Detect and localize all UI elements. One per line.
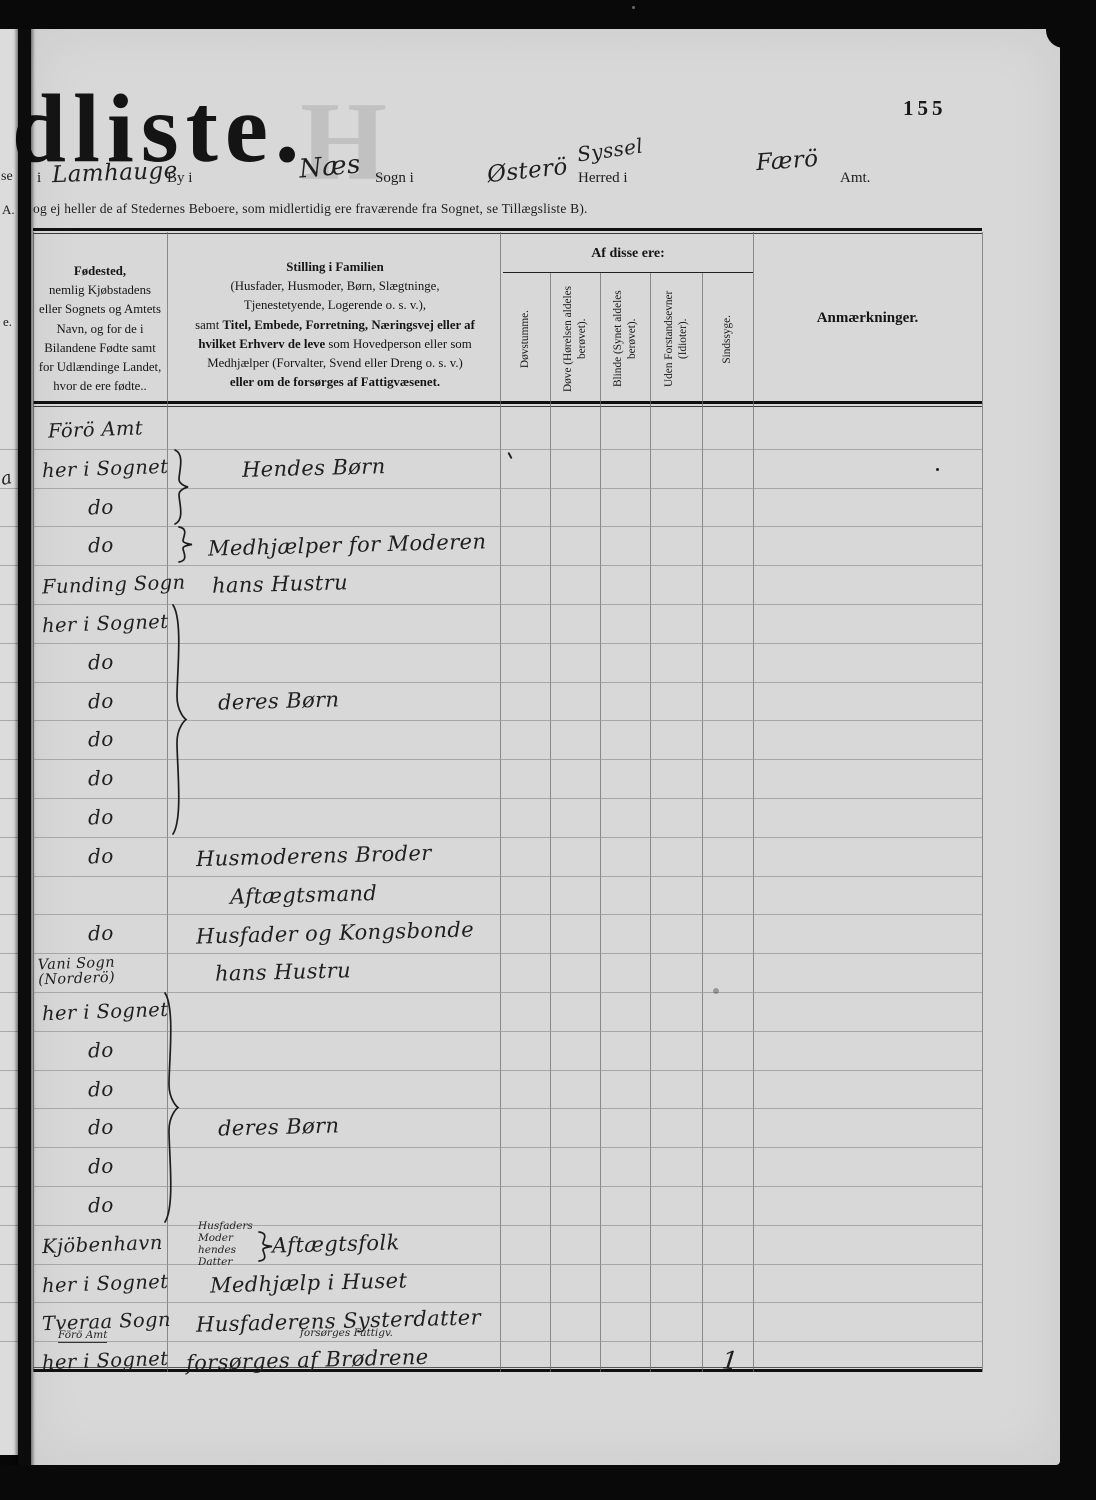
column-rule [500,232,501,1372]
note-fragment: A. [2,202,15,218]
huse-i-label: i [37,170,41,187]
fodested-entry: do [87,915,114,952]
stilling-entry: Husmoderens Broder [196,835,433,877]
stilling-sub-entry: Husfaders Moderhendes Datter [198,1220,262,1268]
column-rule [550,273,551,1372]
by-value: Lamhauge [52,158,179,188]
row-rule-edge [0,1225,18,1226]
binding-gutter-shadow [18,0,31,1470]
ink-speck [713,988,719,994]
column-rule [982,232,983,1372]
fodested-entry: do [87,760,114,797]
row-rule-edge [0,1108,18,1109]
vertical-column-header: Døvstumme. [500,276,550,402]
row-rule-edge [0,953,18,954]
column-rule [33,232,34,1372]
stilling-entry: forsørges af Brødrene [186,1339,429,1381]
vertical-column-header: Uden Forstandsevner (Idioter). [650,276,702,402]
row-rule-edge [0,720,18,721]
fodested-entry: do [87,527,114,564]
row-rule-edge [0,1341,18,1342]
fodested-entry: do [87,1071,114,1108]
stilling-entry: hans Hustru [212,564,349,604]
vertical-column-header: Blinde (Synet aldeles berøvet). [600,276,650,402]
scanned-census-page: dliste. H 155 se i Lamhauge By i Næs Sog… [0,0,1096,1500]
stilling-entry: Aftægtsfolk [272,1224,401,1263]
vertical-column-header: Sindssyge. [702,276,753,402]
stilling-entry: Husfader og Kongsbonde [196,911,475,954]
adjacent-page-edge [0,28,18,1455]
row-rule [33,876,982,877]
table-header-stilling: Stilling i Familien(Husfader, Husmoder, … [172,258,498,392]
fodested-entry: her i Sognet [41,1263,169,1303]
sogn-value: Næs [298,149,362,184]
note-line: og ej heller de af Stedernes Beboere, so… [33,201,588,217]
row-rule-edge [0,1302,18,1303]
table-header-fodested: Fødested,nemlig Kjøbstadenseller Sognets… [35,262,165,396]
huse-text-fragment: se [1,169,13,185]
fodested-entry: do [87,644,114,681]
row-rule [33,1225,982,1226]
stilling-entry: hans Hustru [215,952,352,992]
row-rule-edge [0,1147,18,1148]
fodested-entry: do [87,799,114,836]
stilling-entry: Hendes Børn [242,448,387,488]
row-rule-edge [0,526,18,527]
column-rule [753,232,754,1372]
row-rule [33,837,982,838]
fodested-entry: Förö Amt [47,409,143,448]
table-border-rule [33,233,982,234]
group-header: Af disse ere: [503,246,753,262]
fodested-entry: her i Sognet [41,603,169,643]
row-rule-edge [0,1186,18,1187]
fodested-entry: do [87,721,114,758]
page-number: 155 [903,96,947,121]
fodested-entry: Kjöbenhavn [41,1224,163,1264]
scan-edge-bottom [0,1465,1096,1500]
column-rule [702,273,703,1372]
ink-speck [632,6,635,9]
fodested-entry: do [87,838,114,875]
row-group-brace [162,992,180,1223]
table-border-rule [33,228,982,231]
anmaerkninger-header: Anmærkninger. [753,310,982,327]
fodested-entry: Funding Sogn [41,564,186,605]
table-border-rule [33,1367,982,1368]
amt-value: Færö [755,146,819,176]
fodested-entry: her i Sognet [41,1340,169,1380]
row-rule [33,953,982,954]
fodested-entry: do [87,1109,114,1146]
row-rule [33,1302,982,1303]
herred-label: Herred i [578,170,628,187]
row-rule-edge [0,837,18,838]
row-rule-edge [0,682,18,683]
ink-speck [936,468,939,471]
stilling-entry: Husfaderens Systerdatter [196,1299,482,1342]
fodested-entry: do [87,1032,114,1069]
stilling-entry: Medhjælp i Huset [210,1262,408,1303]
fodested-entry: do [87,1187,114,1224]
table-border-rule [33,1369,982,1372]
row-rule-edge [0,643,18,644]
row-rule [33,1264,982,1265]
row-rule-edge [0,992,18,993]
row-group-brace [176,526,194,563]
edge-column-fragment: e. [3,314,12,330]
fodested-entry: Vani Sogn(Norderö) [38,956,116,989]
fodested-entry: do [87,489,114,526]
fodested-entry: do [87,1148,114,1185]
row-rule [33,1341,982,1342]
row-group-brace [256,1231,274,1262]
scan-edge-top [0,0,1096,29]
row-rule-edge [0,1031,18,1032]
row-rule-edge [0,449,18,450]
amt-label: Amt. [840,170,870,187]
stilling-entry: deres Børn [218,681,340,720]
group-underline [503,272,753,273]
row-rule [33,914,982,915]
fodested-entry: her i Sognet [41,448,169,488]
stilling-entry: Aftægtsmand [230,875,378,915]
by-label: By i [167,170,192,187]
row-rule-edge [0,759,18,760]
row-rule-edge [0,1264,18,1265]
fodested-entry: do [87,683,114,720]
row-rule-edge [0,565,18,566]
row-rule-edge [0,1070,18,1071]
row-rule-edge [0,914,18,915]
column-rule [650,273,651,1372]
stilling-entry: deres Børn [218,1107,340,1146]
fodested-sub-entry: Förö Amt [58,1329,107,1343]
row-rule-edge [0,798,18,799]
row-group-brace [172,449,190,525]
row-rule-edge [0,604,18,605]
table-border-rule [33,406,982,407]
column-rule [600,273,601,1372]
row-rule-edge [0,876,18,877]
stilling-entry: Medhjælper for Moderen [208,523,487,566]
fodested-entry: her i Sognet [41,991,169,1031]
sogn-label: Sogn i [375,170,414,187]
vertical-column-header: Døve (Hørelsen aldeles berøvet). [550,276,600,402]
row-group-brace [170,604,188,835]
scan-edge-right [1060,0,1096,1500]
